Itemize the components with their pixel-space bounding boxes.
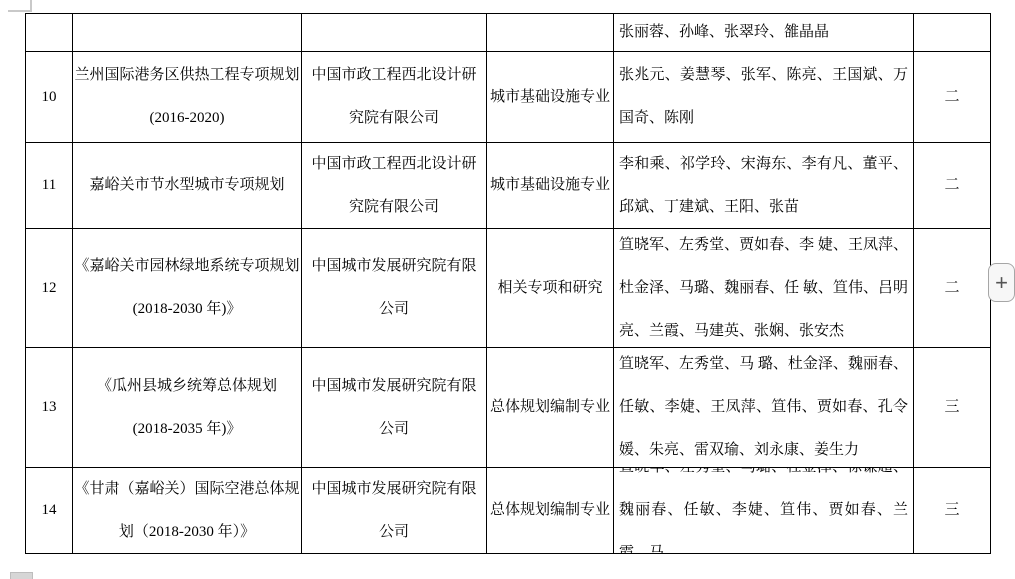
cell-project-name: 嘉峪关市节水型城市专项规划 <box>73 143 302 229</box>
bottom-left-gray-fragment <box>10 572 33 579</box>
cell-number: 10 <box>26 52 73 143</box>
cell-organization: 中国城市发展研究院有限 公司 <box>302 348 487 468</box>
plus-icon: + <box>995 270 1008 296</box>
cell-participants: 笪晓军、左秀堂、马璐、杜金泽、徐谦超、魏丽春、任敏、李婕、笪伟、贾如春、兰霞、马 <box>614 468 914 554</box>
page-margin-mark-horizontal <box>8 10 32 12</box>
cell-project-name: 兰州国际港务区供热工程专项规划 (2016-2020) <box>73 52 302 143</box>
cell-organization: 中国市政工程西北设计研 究院有限公司 <box>302 52 487 143</box>
cell-number: 11 <box>26 143 73 229</box>
cell-participants: 李和乘、祁学玲、宋海东、李有凡、董平、邱斌、丁建斌、王阳、张苗 <box>614 143 914 229</box>
cell-participants: 张兆元、姜慧琴、张军、陈亮、王国斌、万国奇、陈刚 <box>614 52 914 143</box>
cell-specialty: 相关专项和研究 <box>487 229 614 348</box>
cell-specialty: 城市基础设施专业 <box>487 143 614 229</box>
cell-participants: 笪晓军、左秀堂、贾如春、李 婕、王凤萍、杜金泽、马璐、魏丽春、任 敏、笪伟、吕明… <box>614 229 914 348</box>
cell-number: 13 <box>26 348 73 468</box>
cell-grade <box>914 14 991 52</box>
page-margin-mark-vertical <box>30 0 32 12</box>
cell-grade: 三 <box>914 468 991 554</box>
cell-specialty <box>487 14 614 52</box>
cell-participants: 笪晓军、左秀堂、马 璐、杜金泽、魏丽春、任敏、李婕、王凤萍、笪伟、贾如春、孔令媛… <box>614 348 914 468</box>
cell-organization <box>302 14 487 52</box>
cell-specialty: 总体规划编制专业 <box>487 348 614 468</box>
cell-specialty: 总体规划编制专业 <box>487 468 614 554</box>
cell-grade: 三 <box>914 348 991 468</box>
cell-participants: 张丽蓉、孙峰、张翠玲、雒晶晶 <box>614 14 914 52</box>
cell-grade: 二 <box>914 143 991 229</box>
cell-grade: 二 <box>914 229 991 348</box>
cell-project-name <box>73 14 302 52</box>
cell-grade: 二 <box>914 52 991 143</box>
cell-number: 12 <box>26 229 73 348</box>
awards-table: 张丽蓉、孙峰、张翠玲、雒晶晶 10 兰州国际港务区供热工程专项规划 (2016-… <box>25 13 991 554</box>
cell-organization: 中国城市发展研究院有限 公司 <box>302 468 487 554</box>
cell-project-name: 《瓜州县城乡统筹总体规划 (2018-2035 年)》 <box>73 348 302 468</box>
cell-number: 14 <box>26 468 73 554</box>
cell-organization: 中国城市发展研究院有限 公司 <box>302 229 487 348</box>
cell-project-name: 《嘉峪关市园林绿地系统专项规划 (2018-2030 年)》 <box>73 229 302 348</box>
cell-project-name: 《甘肃（嘉峪关）国际空港总体规 划（2018-2030 年）》 <box>73 468 302 554</box>
cell-number <box>26 14 73 52</box>
add-button[interactable]: + <box>988 263 1015 302</box>
cell-organization: 中国市政工程西北设计研 究院有限公司 <box>302 143 487 229</box>
cell-specialty: 城市基础设施专业 <box>487 52 614 143</box>
